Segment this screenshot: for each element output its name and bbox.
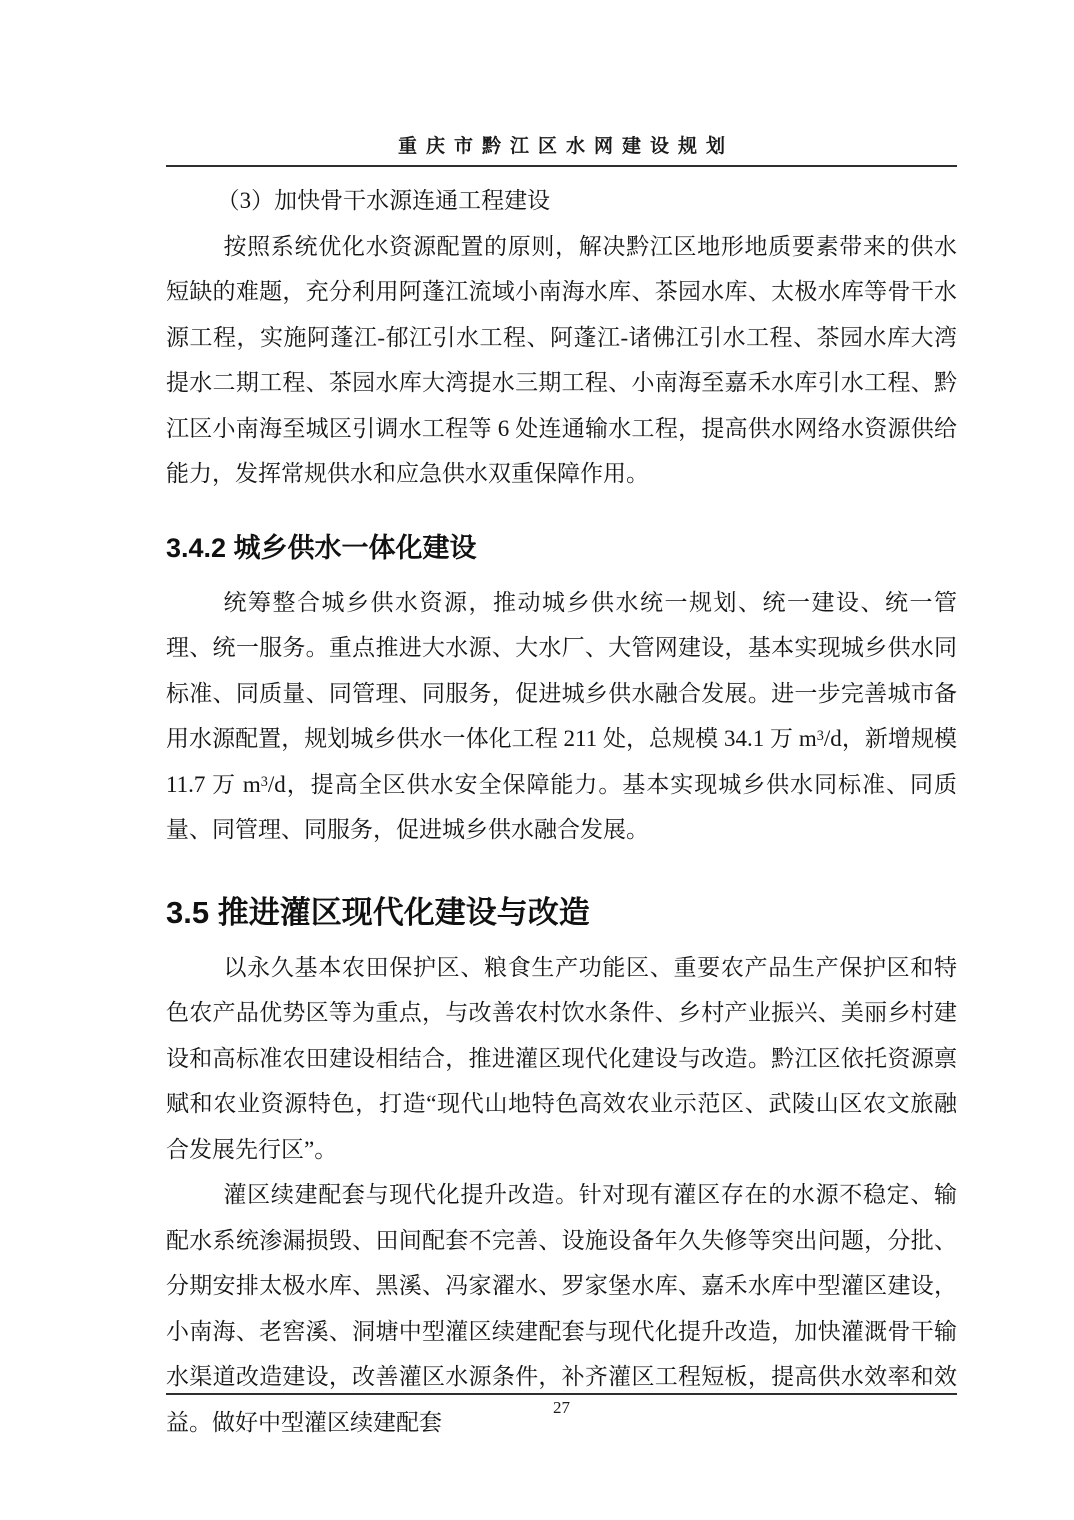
document-page: 重庆市黔江区水网建设规划 （3）加快骨干水源连通工程建设 按照系统优化水资源配置… [0, 0, 1074, 1520]
section-heading-3-5: 3.5 推进灌区现代化建设与改造 [166, 891, 957, 935]
paragraph-urban-rural-water-supply: 统筹整合城乡供水资源，推动城乡供水统一规划、统一建设、统一管理、统一服务。重点推… [166, 580, 957, 853]
item-heading-backbone-connection: （3）加快骨干水源连通工程建设 [166, 178, 957, 224]
page-content: （3）加快骨干水源连通工程建设 按照系统优化水资源配置的原则，解决黔江区地形地质… [166, 167, 957, 1445]
document-title: 重庆市黔江区水网建设规划 [166, 136, 957, 158]
section-heading-3-4-2: 3.4.2 城乡供水一体化建设 [166, 529, 957, 567]
page-footer: 27 [166, 1393, 957, 1418]
paragraph-backbone-connection: 按照系统优化水资源配置的原则，解决黔江区地形地质要素带来的供水短缺的难题，充分利… [166, 224, 957, 497]
page-number: 27 [166, 1395, 957, 1418]
paragraph-irrigation-focus: 以永久基本农田保护区、粮食生产功能区、重要农产品生产保护区和特色农产品优势区等为… [166, 945, 957, 1173]
page-header: 重庆市黔江区水网建设规划 [166, 0, 957, 167]
